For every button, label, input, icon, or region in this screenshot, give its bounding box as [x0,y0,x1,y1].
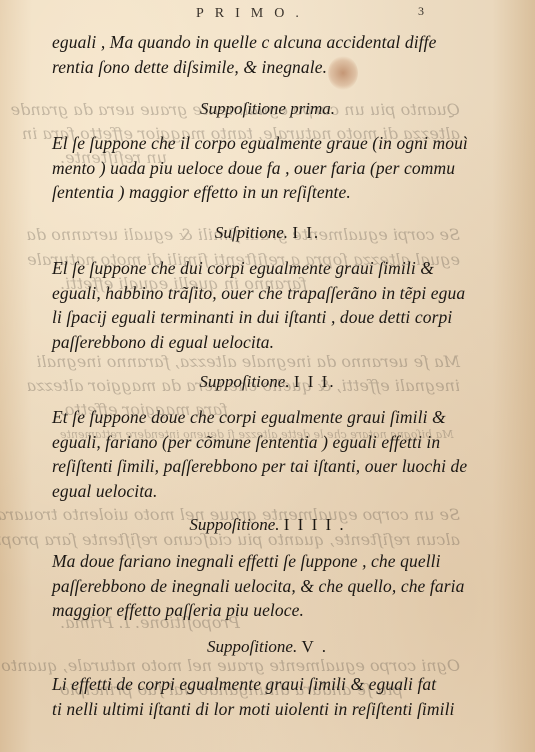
text-line: li ſpacij eguali terminanti in dui iſtan… [52,305,462,330]
section-paragraph-2: El ſe ſuppone che dui corpi egualmente g… [52,256,462,354]
section-heading-2: Suſpitione. I I. [0,223,535,243]
heading-text: Suppoſitione prima. [200,99,335,118]
section-heading-5: Suppoſitione. V . [0,637,535,657]
text-line: Ma doue fariano inegnali effetti ſe ſupp… [52,549,462,574]
heading-text: Suppoſitione. [199,372,289,391]
bleed-through-line: Ma ſe ueranno da inegnale altezza, faran… [60,352,460,371]
text-line: Et ſe ſuppone doue che corpi egualmente … [52,405,462,430]
text-line: eguali , Ma quando in quelle c alcuna ac… [52,30,462,55]
text-line: maggior effetto paſſeria piu ueloce. [52,598,462,623]
heading-text: Suppoſitione. [207,637,297,656]
section-heading-4: Suppoſitione. I I I I . [0,515,535,535]
text-line: eguali, habbino trãſito, ouer che trapaſ… [52,281,462,306]
running-head-title: PRIMO. [196,6,310,22]
book-page: Quanto piu un corpo egualmente graue uer… [0,0,535,752]
text-line: paſſerebbono de inegnali uelocita, & che… [52,574,462,599]
heading-numeral: I I. [292,223,320,242]
text-line: egual uelocita. [52,479,462,504]
text-line: El ſe ſuppone che il corpo egualmente gr… [52,131,462,156]
text-line: ti nelli ultimi iſtanti di lor moti uiol… [52,697,462,722]
heading-numeral: V . [301,637,327,656]
text-line: eguali, fariano (per cõmune ſententia ) … [52,430,462,455]
section-heading-1: Suppoſitione prima. [0,99,535,119]
page-number: 3 [418,4,424,19]
text-line: Li effetti de corpi egualmente graui ſim… [52,672,462,697]
section-paragraph-4: Ma doue fariano inegnali effetti ſe ſupp… [52,549,462,623]
heading-text: Suſpitione. [215,223,288,242]
text-line: El ſe ſuppone che dui corpi egualmente g… [52,256,462,281]
section-paragraph-3: Et ſe ſuppone doue che corpi egualmente … [52,405,462,503]
text-line: rentia ſono dette diſsimile, & inegnale. [52,55,462,80]
text-line: paſſerebbono di egual uelocita. [52,330,462,355]
heading-text: Suppoſitione. [189,515,279,534]
text-line: ſententia ) maggior effetto in un reſiſt… [52,180,462,205]
text-line: mento ) uada piu ueloce doue fa , ouer f… [52,156,462,181]
section-heading-3: Suppoſitione. I I I. [0,372,535,392]
heading-numeral: I I I I . [284,515,346,534]
text-line: reſiſtenti ſimili, paſſerebbono per tai … [52,454,462,479]
continuation-paragraph: eguali , Ma quando in quelle c alcuna ac… [52,30,462,79]
heading-numeral: I I I. [294,372,336,391]
running-head: PRIMO. 3 [0,4,535,30]
section-paragraph-5: Li effetti de corpi egualmente graui ſim… [52,672,462,721]
section-paragraph-1: El ſe ſuppone che il corpo egualmente gr… [52,131,462,205]
